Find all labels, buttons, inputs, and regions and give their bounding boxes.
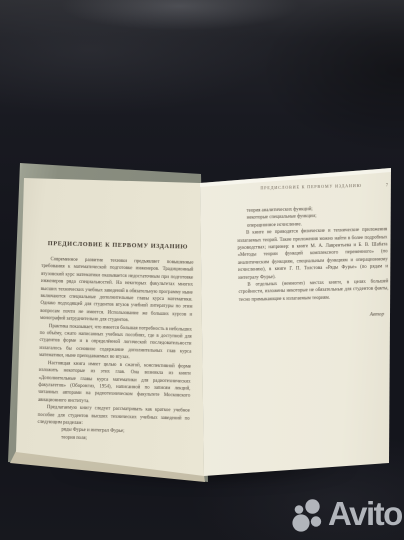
left-page-text: ПРЕДИСЛОВИЕ К ПЕРВОМУ ИЗДАНИЮ Современно…	[37, 240, 194, 445]
running-header-title: ПРЕДИСЛОВИЕ К ПЕРВОМУ ИЗДАНИЮ	[260, 183, 361, 190]
page-number: 7	[386, 182, 388, 187]
right-page-text: ПРЕДИСЛОВИЕ К ПЕРВОМУ ИЗДАНИЮ 7 теория а…	[236, 182, 389, 321]
paragraph: Настоящая книга имеет целью в сжатой, ко…	[38, 360, 191, 408]
paragraph: В книге не приводятся физические и техни…	[237, 227, 388, 282]
paragraph: В отдельных (немногих) местах книги, в ц…	[238, 278, 388, 304]
avito-watermark: Avito	[288, 492, 402, 536]
paragraph: Практика показывает, что имеется большая…	[39, 323, 192, 364]
avito-four-circles-icon	[288, 492, 325, 536]
avito-wordmark: Avito	[328, 492, 402, 536]
open-book: ПРЕДИСЛОВИЕ К ПЕРВОМУ ИЗДАНИЮ Современно…	[8, 150, 400, 488]
photo-background: ПРЕДИСЛОВИЕ К ПЕРВОМУ ИЗДАНИЮ Современно…	[0, 0, 404, 540]
paragraph: Современное развитие техники предъявляет…	[40, 256, 194, 326]
paragraph: Предлагаемую книгу следует рассматривать…	[37, 404, 189, 430]
